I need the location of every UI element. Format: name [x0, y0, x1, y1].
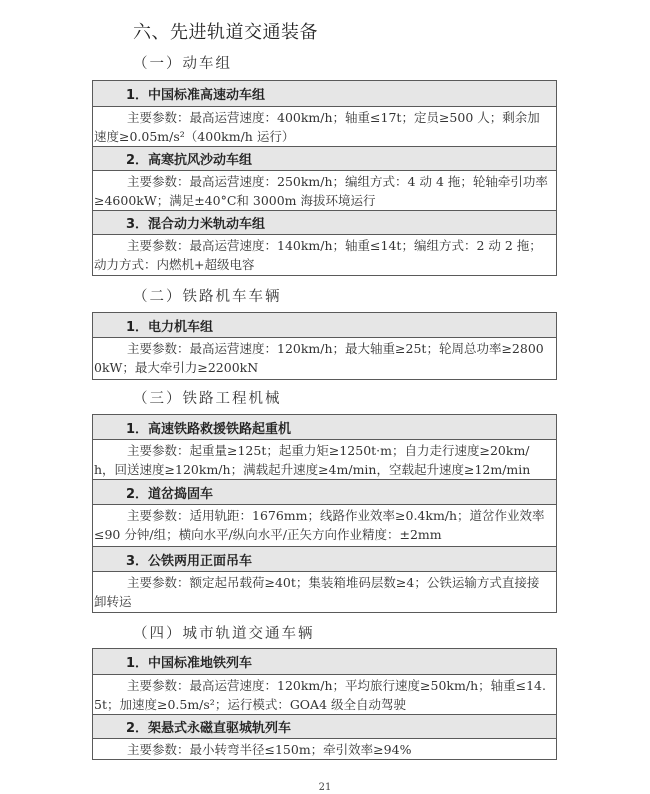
item-params: 主要参数：最高运营速度：120km/h；平均旅行速度≥50km/h；轴重≤14.…	[93, 675, 556, 715]
page-number: 21	[0, 782, 650, 793]
item-title: 1．高速铁路救援铁路起重机	[93, 415, 556, 440]
section-heading-urban-rail: （四）城市轨道交通车辆	[133, 622, 315, 643]
item-title: 1．中国标准地铁列车	[93, 649, 556, 675]
item-params: 主要参数：最高运营速度：120km/h；最大轴重≥25t；轮周总功率≥28000…	[93, 338, 556, 379]
page-title: 六、先进轨道交通装备	[133, 18, 318, 44]
spec-table-emu: 1．中国标准高速动车组 主要参数：最高运营速度：400km/h；轴重≤17t；定…	[92, 80, 557, 276]
item-title: 2．高寒抗风沙动车组	[93, 147, 556, 171]
item-params: 主要参数：最高运营速度：400km/h；轴重≤17t；定员≥500 人；剩余加速…	[93, 107, 556, 147]
item-title: 3．公铁两用正面吊车	[93, 547, 556, 572]
item-params: 主要参数：起重量≥125t；起重力矩≥1250t·m；自力走行速度≥20km/h…	[93, 440, 556, 480]
item-params: 主要参数：额定起吊载荷≥40t；集装箱堆码层数≥4；公铁运输方式直接接卸转运	[93, 572, 556, 612]
item-title: 2．道岔捣固车	[93, 480, 556, 505]
item-title: 1．电力机车组	[93, 313, 556, 338]
spec-table-locomotives: 1．电力机车组 主要参数：最高运营速度：120km/h；最大轴重≥25t；轮周总…	[92, 312, 557, 380]
spec-table-engineering-machinery: 1．高速铁路救援铁路起重机 主要参数：起重量≥125t；起重力矩≥1250t·m…	[92, 414, 557, 613]
spec-table-urban-rail: 1．中国标准地铁列车 主要参数：最高运营速度：120km/h；平均旅行速度≥50…	[92, 648, 557, 760]
item-params: 主要参数：最高运营速度：250km/h；编组方式：4 动 4 拖；轮轴牵引功率≥…	[93, 171, 556, 211]
item-params: 主要参数：适用轨距：1676mm；线路作业效率≥0.4km/h；道岔作业效率≤9…	[93, 505, 556, 547]
item-title: 1．中国标准高速动车组	[93, 81, 556, 107]
item-params: 主要参数：最小转弯半径≤150m；牵引效率≥94%	[93, 739, 556, 759]
item-title: 3．混合动力米轨动车组	[93, 211, 556, 235]
section-heading-locomotives: （二）铁路机车车辆	[133, 285, 282, 306]
item-params: 主要参数：最高运营速度：140km/h；轴重≤14t；编组方式：2 动 2 拖；…	[93, 235, 556, 275]
item-title: 2．架悬式永磁直驱城轨列车	[93, 715, 556, 739]
section-heading-engineering-machinery: （三）铁路工程机械	[133, 387, 282, 408]
section-heading-emu: （一）动车组	[133, 52, 232, 73]
